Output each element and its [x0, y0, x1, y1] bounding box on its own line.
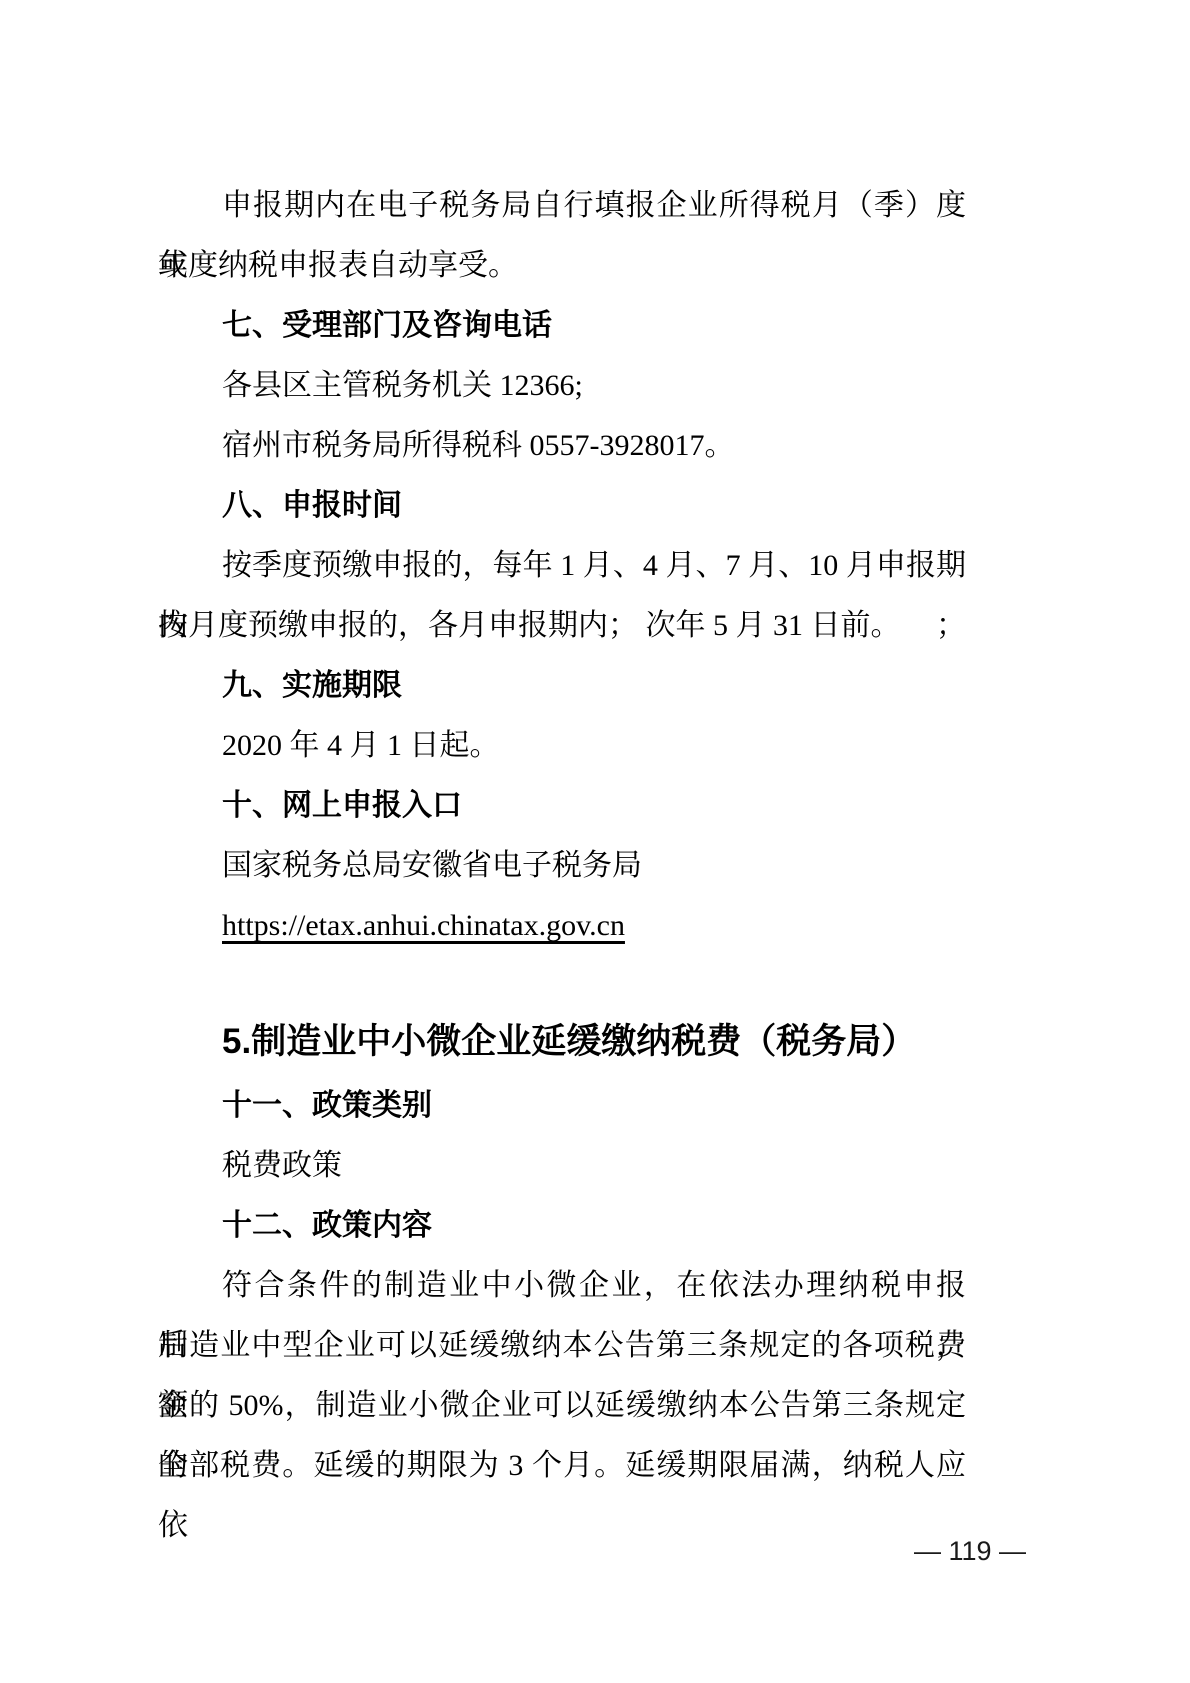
document-page: 申报期内在电子税务局自行填报企业所得税月（季）度或 年度纳税申报表自动享受。 七…	[0, 0, 1190, 1683]
body-line-policy-type: 税费政策	[158, 1136, 966, 1196]
body-line-monthly: 按月度预缴申报的，各月申报期内； 次年 5 月 31 日前。	[158, 596, 966, 656]
heading-eight-filing-time: 八、申报时间	[158, 476, 966, 536]
heading-ten-portal: 十、网上申报入口	[158, 776, 966, 836]
body-line-start-date: 2020 年 4 月 1 日起。	[158, 716, 966, 776]
body-line-policy-2: 制造业中型企业可以延缓缴纳本公告第三条规定的各项税费金	[158, 1316, 966, 1376]
contact-line-suzhou: 宿州市税务局所得税科 0557-3928017。	[158, 416, 966, 476]
body-line-autofill-1: 申报期内在电子税务局自行填报企业所得税月（季）度或	[158, 176, 966, 236]
contact-line-county: 各县区主管税务机关 12366;	[158, 356, 966, 416]
heading-seven-department: 七、受理部门及咨询电话	[158, 296, 966, 356]
body-line-policy-4: 全部税费。延缓的期限为 3 个月。延缓期限届满，纳税人应依	[158, 1436, 966, 1496]
url-link[interactable]: https://etax.anhui.chinatax.gov.cn	[158, 896, 966, 956]
section-title-5: 5.制造业中小微企业延缓缴纳税费（税务局）	[158, 1012, 966, 1072]
heading-twelve-content: 十二、政策内容	[158, 1196, 966, 1256]
body-line-autofill-2: 年度纳税申报表自动享受。	[158, 236, 966, 296]
body-line-quarterly: 按季度预缴申报的，每年 1 月、4 月、7 月、10 月申报期内；	[158, 536, 966, 596]
body-line-policy-1: 符合条件的制造业中小微企业，在依法办理纳税申报后，	[158, 1256, 966, 1316]
heading-nine-period: 九、实施期限	[158, 656, 966, 716]
heading-eleven-category: 十一、政策类别	[158, 1076, 966, 1136]
body-line-policy-3: 额的 50%，制造业小微企业可以延缓缴纳本公告第三条规定的	[158, 1376, 966, 1436]
body-line-portal-name: 国家税务总局安徽省电子税务局	[158, 836, 966, 896]
page-number: — 119 —	[850, 1521, 1090, 1581]
